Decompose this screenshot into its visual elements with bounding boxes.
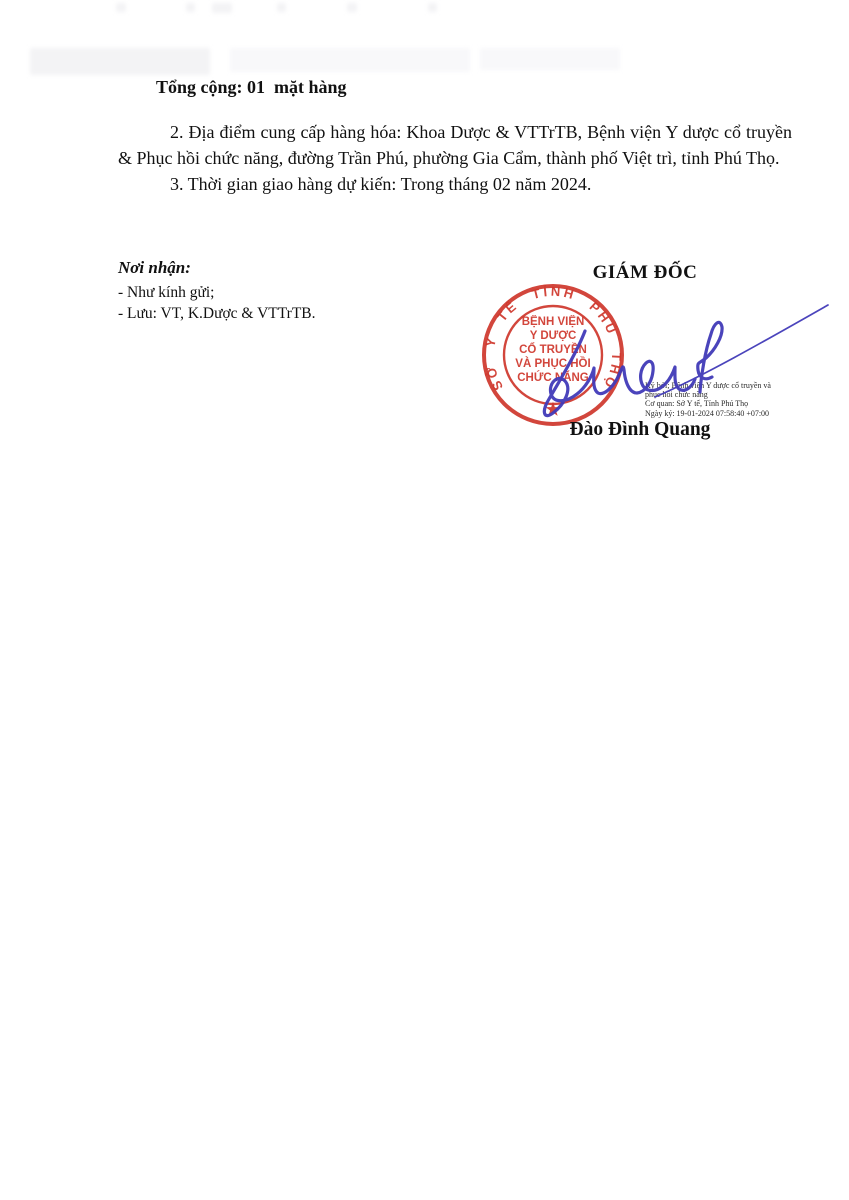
scan-artifact xyxy=(116,3,126,12)
scan-artifact xyxy=(230,48,470,72)
total-items-line: Tổng cộng: 01 mặt hàng xyxy=(156,77,347,98)
paragraph-delivery-time: 3. Thời gian giao hàng dự kiến: Trong th… xyxy=(118,171,792,197)
recipients-heading: Nơi nhận: xyxy=(118,258,418,278)
scan-artifact xyxy=(347,3,357,12)
scan-artifact xyxy=(428,3,437,12)
recipient-item: - Như kính gửi; xyxy=(118,283,418,304)
signed-by-line2: phục hồi chức năng xyxy=(645,390,825,399)
signer-name: Đào Đình Quang xyxy=(470,419,810,441)
seal-center-line: CHỨC NĂNG xyxy=(517,371,589,384)
recipients-block: Nơi nhận: - Như kính gửi; - Lưu: VT, K.D… xyxy=(118,258,418,324)
scan-artifact xyxy=(186,3,195,12)
signed-by-line: Ký bởi; Bệnh viện Y dược cổ truyền và xyxy=(645,381,825,390)
scan-artifact xyxy=(212,3,232,13)
seal-center-line: Y DƯỢC xyxy=(530,330,577,342)
agency-line: Cơ quan: Sở Y tế, Tỉnh Phú Thọ xyxy=(645,399,825,408)
document-page: Tổng cộng: 01 mặt hàng 2. Địa điểm cung … xyxy=(0,0,849,1200)
scan-artifact xyxy=(480,48,620,70)
paragraph-delivery-location: 2. Địa điểm cung cấp hàng hóa: Khoa Dược… xyxy=(118,119,792,171)
seal-center-line: BỆNH VIỆN xyxy=(522,315,585,328)
official-seal-stamp: SỞ Y TẾ TỈNH PHÚ THỌ BỆNH VIỆN Y DƯỢC CỔ… xyxy=(478,280,628,430)
star-icon: ★ xyxy=(545,400,561,419)
seal-center-line: VÀ PHỤC HỒI xyxy=(515,357,590,370)
recipient-item: - Lưu: VT, K.Dược & VTTrTB. xyxy=(118,304,418,325)
body-text: 2. Địa điểm cung cấp hàng hóa: Khoa Dược… xyxy=(118,119,792,197)
signing-date-line: Ngày ký: 19-01-2024 07:58:40 +07:00 xyxy=(645,409,825,418)
scan-artifact xyxy=(277,3,286,12)
seal-center-line: CỔ TRUYỀN xyxy=(519,343,587,356)
scan-artifact xyxy=(30,48,210,75)
digital-signature-info: Ký bởi; Bệnh viện Y dược cổ truyền và ph… xyxy=(645,381,825,418)
